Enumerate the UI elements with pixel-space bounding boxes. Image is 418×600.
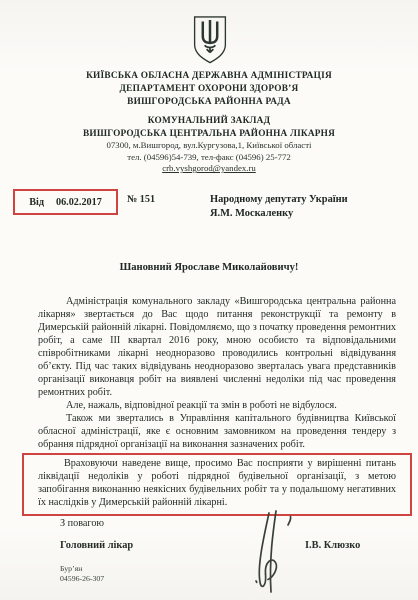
ukraine-trident-emblem-icon <box>190 15 230 65</box>
addressee-line-2: Я.М. Москаленку <box>210 207 348 221</box>
date-value: 06.02.2017 <box>56 197 102 208</box>
executor-phone: 04596-26-307 <box>60 574 104 584</box>
email-line: crb.vyshgorod@yandex.ru <box>0 163 418 175</box>
email-text: crb.vyshgorod@yandex.ru <box>162 163 256 173</box>
institution-header: КОМУНАЛЬНИЙ ЗАКЛАД ВИШГОРОДСЬКА ЦЕНТРАЛЬ… <box>0 115 418 140</box>
org-line-2: ДЕПАРТАМЕНТ ОХОРОНИ ЗДОРОВ’Я <box>0 83 418 96</box>
body-paragraph-2: Але, нажаль, відповідної реакції та змін… <box>38 399 396 412</box>
letter-number: № 151 <box>127 194 155 205</box>
signer-name: І.В. Клюзко <box>305 540 360 551</box>
org-line-3: ВИШГОРОДСЬКА РАЙОННА РАДА <box>0 96 418 109</box>
closing-phrase: З повагою <box>60 518 104 529</box>
letter-body: Адміністрація комунального закладу «Вишг… <box>38 295 396 451</box>
executor-block: Бур’ян 04596-26-307 <box>60 564 104 583</box>
scanned-letter-page: КИЇВСЬКА ОБЛАСНА ДЕРЖАВНА АДМІНІСТРАЦІЯ … <box>0 0 418 600</box>
highlighted-paragraph: Враховуючи наведене вище, просимо Вас по… <box>38 457 396 509</box>
contact-block: 07300, м.Вишгород, вул.Кургузова,1, Київ… <box>0 140 418 175</box>
signer-title: Головний лікар <box>60 540 133 551</box>
institution-name: ВИШГОРОДСЬКА ЦЕНТРАЛЬНА РАЙОННА ЛІКАРНЯ <box>0 128 418 141</box>
addressee-line-1: Народному депутату України <box>210 193 348 207</box>
date-highlight-box: Від 06.02.2017 <box>13 189 118 215</box>
governing-bodies-header: КИЇВСЬКА ОБЛАСНА ДЕРЖАВНА АДМІНІСТРАЦІЯ … <box>0 70 418 109</box>
handwritten-signature-icon <box>248 510 306 598</box>
date-label: Від <box>29 197 44 208</box>
address-line: 07300, м.Вишгород, вул.Кургузова,1, Київ… <box>0 140 418 152</box>
institution-type: КОМУНАЛЬНИЙ ЗАКЛАД <box>0 115 418 128</box>
body-paragraph-3: Також ми звертались в Управління капітал… <box>38 412 396 451</box>
executor-name: Бур’ян <box>60 564 104 574</box>
phone-line: тел. (04596)54-739, тел-факс (04596) 25-… <box>0 152 418 164</box>
body-paragraph-1: Адміністрація комунального закладу «Вишг… <box>38 295 396 399</box>
org-line-1: КИЇВСЬКА ОБЛАСНА ДЕРЖАВНА АДМІНІСТРАЦІЯ <box>0 70 418 83</box>
salutation: Шановний Ярославе Миколайовичу! <box>0 262 418 273</box>
request-highlight-box: Враховуючи наведене вище, просимо Вас по… <box>22 453 412 516</box>
addressee-block: Народному депутату України Я.М. Москален… <box>210 193 348 221</box>
